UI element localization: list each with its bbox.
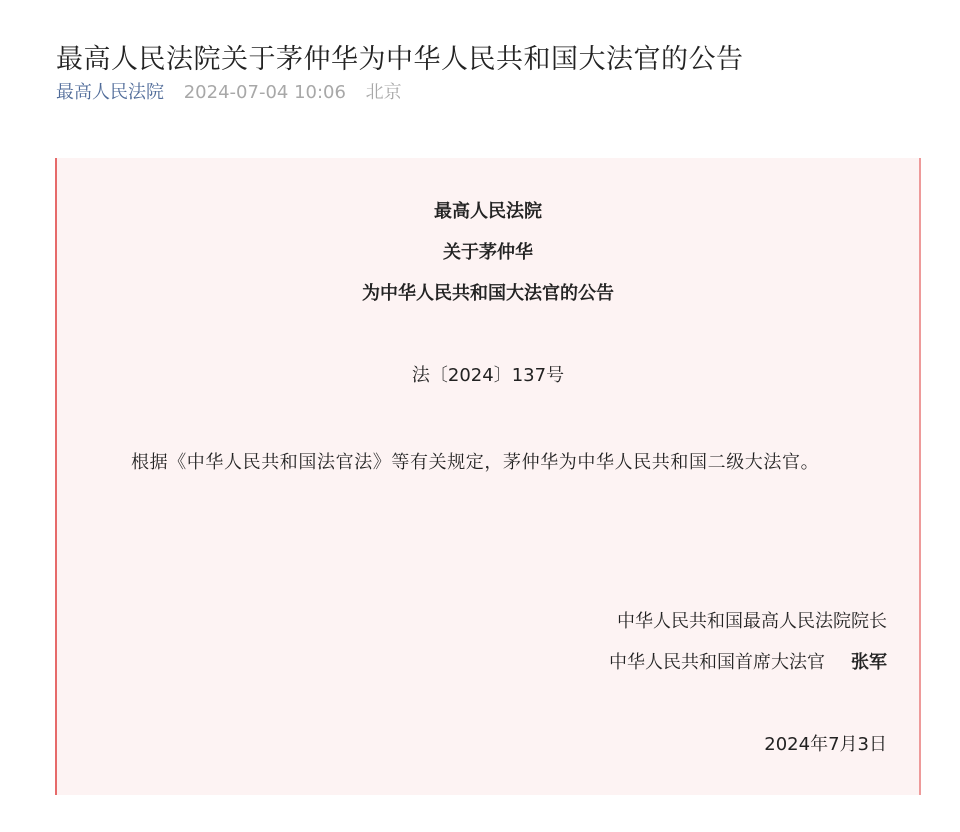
signatory-title: 中华人民共和国最高人民法院院长 bbox=[617, 609, 887, 635]
doc-heading-line-1: 最高人民法院 bbox=[57, 199, 919, 225]
document-date: 2024年7月3日 bbox=[764, 732, 887, 758]
announcement-document: 最高人民法院 关于茅仲华 为中华人民共和国大法官的公告 法〔2024〕137号 … bbox=[55, 158, 921, 795]
document-number: 法〔2024〕137号 bbox=[57, 363, 919, 389]
doc-heading-line-3: 为中华人民共和国大法官的公告 bbox=[57, 281, 919, 307]
document-body: 根据《中华人民共和国法官法》等有关规定，茅仲华为中华人民共和国二级大法官。 bbox=[89, 442, 889, 484]
signatory-name: 张军 bbox=[851, 652, 887, 673]
doc-heading-line-2: 关于茅仲华 bbox=[57, 240, 919, 266]
signatory-line: 中华人民共和国首席大法官张军 bbox=[609, 650, 887, 676]
location: 北京 bbox=[366, 82, 402, 103]
publish-time: 2024-07-04 10:06 bbox=[184, 82, 346, 103]
signatory-title-2: 中华人民共和国首席大法官 bbox=[609, 652, 825, 673]
article-title: 最高人民法院关于茅仲华为中华人民共和国大法官的公告 bbox=[56, 40, 744, 80]
article-meta: 最高人民法院 2024-07-04 10:06 北京 bbox=[56, 80, 402, 106]
source-link[interactable]: 最高人民法院 bbox=[56, 82, 164, 103]
